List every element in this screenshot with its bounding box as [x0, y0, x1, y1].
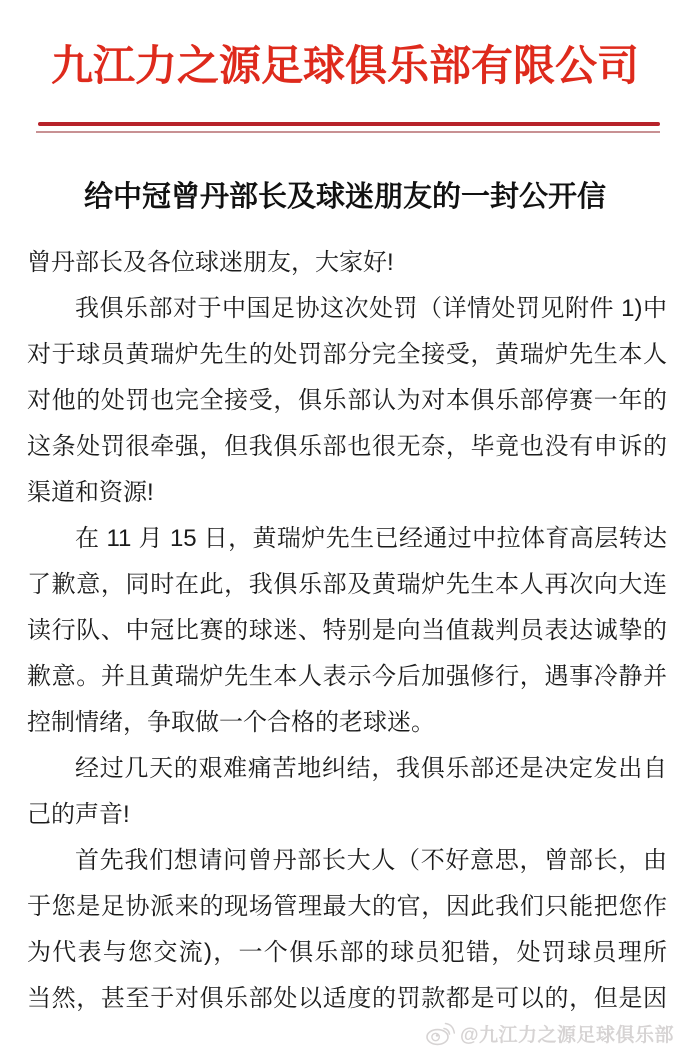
letter-line: 在 11 月 15 日，黄瑞炉先生已经通过中拉体育高层转达 [27, 516, 667, 562]
letter-line: 读行队、中冠比赛的球迷、特别是向当值裁判员表达诚挚的 [27, 608, 667, 654]
letter-line: 经过几天的艰难痛苦地纠结，我俱乐部还是决定发出自 [27, 746, 667, 792]
letter-title: 给中冠曾丹部长及球迷朋友的一封公开信 [0, 180, 690, 214]
letter-line: 曾丹部长及各位球迷朋友，大家好! [27, 240, 667, 286]
letter-line: 歉意。并且黄瑞炉先生本人表示今后加强修行，遇事冷静并 [27, 654, 667, 700]
letter-line: 渠道和资源! [27, 470, 667, 516]
letter-body: 曾丹部长及各位球迷朋友，大家好! 我俱乐部对于中国足协这次处罚（详情处罚见附件 … [27, 240, 667, 1022]
letter-line: 于您是足协派来的现场管理最大的官，因此我们只能把您作 [27, 884, 667, 930]
weibo-icon [425, 1020, 455, 1046]
letter-line: 这条处罚很牵强，但我俱乐部也很无奈，毕竟也没有申诉的 [27, 424, 667, 470]
letter-line: 对他的处罚也完全接受，俱乐部认为对本俱乐部停赛一年的 [27, 378, 667, 424]
letter-line: 首先我们想请问曾丹部长大人（不好意思，曾部长，由 [27, 838, 667, 884]
club-name-title: 九江力之源足球俱乐部有限公司 [0, 40, 690, 92]
letter-line: 当然，甚至于对俱乐部处以适度的罚款都是可以的，但是因 [27, 976, 667, 1022]
letter-line: 己的声音! [27, 792, 667, 838]
letter-line: 我俱乐部对于中国足协这次处罚（详情处罚见附件 1)中 [27, 286, 667, 332]
watermark: @九江力之源足球俱乐部 [425, 1018, 674, 1048]
open-letter-page: 九江力之源足球俱乐部有限公司 给中冠曾丹部长及球迷朋友的一封公开信 曾丹部长及各… [0, 0, 690, 1052]
red-divider-thin [36, 131, 660, 133]
watermark-text: @九江力之源足球俱乐部 [460, 1020, 674, 1047]
red-divider-thick [38, 122, 660, 126]
letter-line: 控制情绪，争取做一个合格的老球迷。 [27, 700, 667, 746]
letter-line: 对于球员黄瑞炉先生的处罚部分完全接受，黄瑞炉先生本人 [27, 332, 667, 378]
letter-line: 了歉意，同时在此，我俱乐部及黄瑞炉先生本人再次向大连 [27, 562, 667, 608]
letter-line: 为代表与您交流)，一个俱乐部的球员犯错，处罚球员理所 [27, 930, 667, 976]
